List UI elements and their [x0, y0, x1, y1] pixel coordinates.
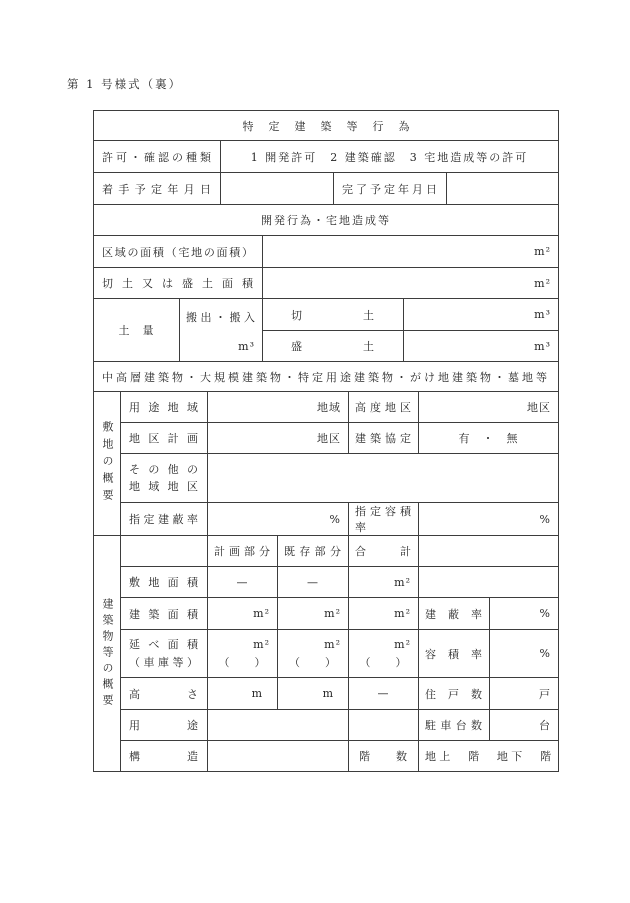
section-building-outline: 建築物等の概要 計画部分 既存部分 合計 敷地面積 — — m² 建築面積 m²… [93, 535, 559, 772]
other-districts-label-line2: 地域地区 [129, 478, 199, 495]
building-area-existing-unit: m² [278, 598, 349, 630]
height-label: 高さ [121, 678, 208, 710]
parking-count-unit: 台 [490, 710, 559, 741]
site-area-existing: — [278, 567, 349, 598]
total-floor-area-planned-unit: m² [208, 636, 277, 653]
column-planned-header: 計画部分 [208, 536, 278, 567]
soil-volume-label: 土 量 [94, 299, 180, 362]
cut-fill-area-label: 切土又は盛土面積 [94, 268, 263, 299]
other-districts-field [208, 454, 559, 503]
column-existing-header: 既存部分 [278, 536, 349, 567]
parking-count-label: 駐車台数 [419, 710, 490, 741]
use-field [208, 710, 349, 741]
soil-fill-label: 盛土 [263, 331, 404, 362]
dwelling-count-unit: 戸 [490, 678, 559, 710]
building-header-right-spacer [419, 536, 559, 567]
total-floor-area-total-garage: （ ） [349, 654, 418, 671]
other-districts-label: その他の 地域地区 [121, 454, 208, 503]
building-area-label: 建築面積 [121, 598, 208, 630]
building-agreement-label: 建築協定 [349, 423, 419, 454]
soil-inout-unit: m³ [180, 340, 262, 353]
form-page: 第 1 号様式（裏） 特定建築等行為 許可・確認の種類 1 開発許可 2 建築確… [0, 0, 630, 903]
column-total-header: 合計 [349, 536, 419, 567]
building-outline-vertical-label: 建築物等の概要 [94, 536, 121, 772]
dwelling-count-label: 住戸数 [419, 678, 490, 710]
start-date-label: 着手予定年月日 [94, 173, 221, 205]
floor-area-ratio-unit: % [419, 503, 559, 536]
soil-fill-unit: m³ [404, 331, 559, 362]
district-plan-label: 地区計画 [121, 423, 208, 454]
total-floor-area-planned-cell: m² （ ） [208, 630, 278, 678]
floor-area-ratio-label: 指定容積率 [349, 503, 419, 536]
end-date-field [447, 173, 559, 205]
total-floor-area-label-line2: （車庫等） [129, 654, 199, 671]
cut-fill-area-unit: m² [263, 268, 559, 299]
coverage-label: 建蔽率 [419, 598, 490, 630]
site-area-label: 敷地面積 [121, 567, 208, 598]
site-area-planned: — [208, 567, 278, 598]
start-date-field [221, 173, 334, 205]
development-header: 開発行為・宅地造成等 [94, 205, 559, 236]
far-unit: % [490, 630, 559, 678]
district-area-label: 区域の面積（宅地の面積） [94, 236, 263, 268]
building-agreement-choice: 有 ・ 無 [419, 423, 559, 454]
use-label: 用途 [121, 710, 208, 741]
site-area-right-spacer [419, 567, 559, 598]
total-floor-area-label: 延べ面積 （車庫等） [121, 630, 208, 678]
specified-building-act-table: 特定建築等行為 許可・確認の種類 1 開発許可 2 建築確認 3 宅地造成等の許… [93, 110, 558, 772]
structure-field [208, 741, 349, 772]
total-floor-area-existing-garage: （ ） [278, 654, 348, 671]
soil-inout-cell: 搬出・搬入 m³ [180, 299, 263, 362]
site-area-total-unit: m² [349, 567, 419, 598]
permit-type-label: 許可・確認の種類 [94, 141, 221, 173]
structure-label: 構造 [121, 741, 208, 772]
height-district-unit: 地区 [419, 392, 559, 423]
use-district-unit: 地域 [208, 392, 349, 423]
section-header-permit: 特定建築等行為 許可・確認の種類 1 開発許可 2 建築確認 3 宅地造成等の許… [93, 110, 559, 205]
other-districts-label-line1: その他の [129, 461, 199, 478]
section-development: 開発行為・宅地造成等 区域の面積（宅地の面積） m² 切土又は盛土面積 m² 土… [93, 204, 559, 362]
total-floor-area-existing-unit: m² [278, 636, 348, 653]
coverage-unit: % [490, 598, 559, 630]
district-plan-unit: 地区 [208, 423, 349, 454]
total-floor-area-existing-cell: m² （ ） [278, 630, 349, 678]
section-title: 特定建築等行為 [94, 111, 559, 141]
height-planned-unit: m [208, 678, 278, 710]
height-existing-unit: m [278, 678, 349, 710]
far-label: 容積率 [419, 630, 490, 678]
total-floor-area-total-unit: m² [349, 636, 418, 653]
soil-inout-label: 搬出・搬入 [180, 309, 262, 325]
district-area-unit: m² [263, 236, 559, 268]
total-floor-area-label-line1: 延べ面積 [129, 636, 199, 653]
section-midrise-header: 中高層建築物・大規模建築物・特定用途建築物・がけ地建築物・墓地等 [93, 361, 559, 392]
soil-cut-label: 切土 [263, 299, 404, 331]
section-site-outline: 敷地の概要 用途地域 地域 高度地区 地区 地区計画 地区 建築協定 有 ・ 無… [93, 391, 559, 536]
permit-type-options: 1 開発許可 2 建築確認 3 宅地造成等の許可 [221, 141, 559, 173]
building-columns-spacer [121, 536, 208, 567]
coverage-ratio-unit: % [208, 503, 349, 536]
floors-value: 地上 階 地下 階 [419, 741, 559, 772]
height-district-label: 高度地区 [349, 392, 419, 423]
building-area-total-unit: m² [349, 598, 419, 630]
floors-label: 階数 [349, 741, 419, 772]
total-floor-area-total-cell: m² （ ） [349, 630, 419, 678]
form-number-label: 第 1 号様式（裏） [67, 76, 182, 92]
building-area-planned-unit: m² [208, 598, 278, 630]
use-total-spacer [349, 710, 419, 741]
midrise-header: 中高層建築物・大規模建築物・特定用途建築物・がけ地建築物・墓地等 [94, 362, 559, 392]
end-date-label: 完了予定年月日 [334, 173, 447, 205]
use-district-label: 用途地域 [121, 392, 208, 423]
coverage-ratio-label: 指定建蔽率 [121, 503, 208, 536]
soil-cut-unit: m³ [404, 299, 559, 331]
total-floor-area-planned-garage: （ ） [208, 654, 277, 671]
height-total-dash: — [349, 678, 419, 710]
site-outline-vertical-label: 敷地の概要 [94, 392, 121, 536]
